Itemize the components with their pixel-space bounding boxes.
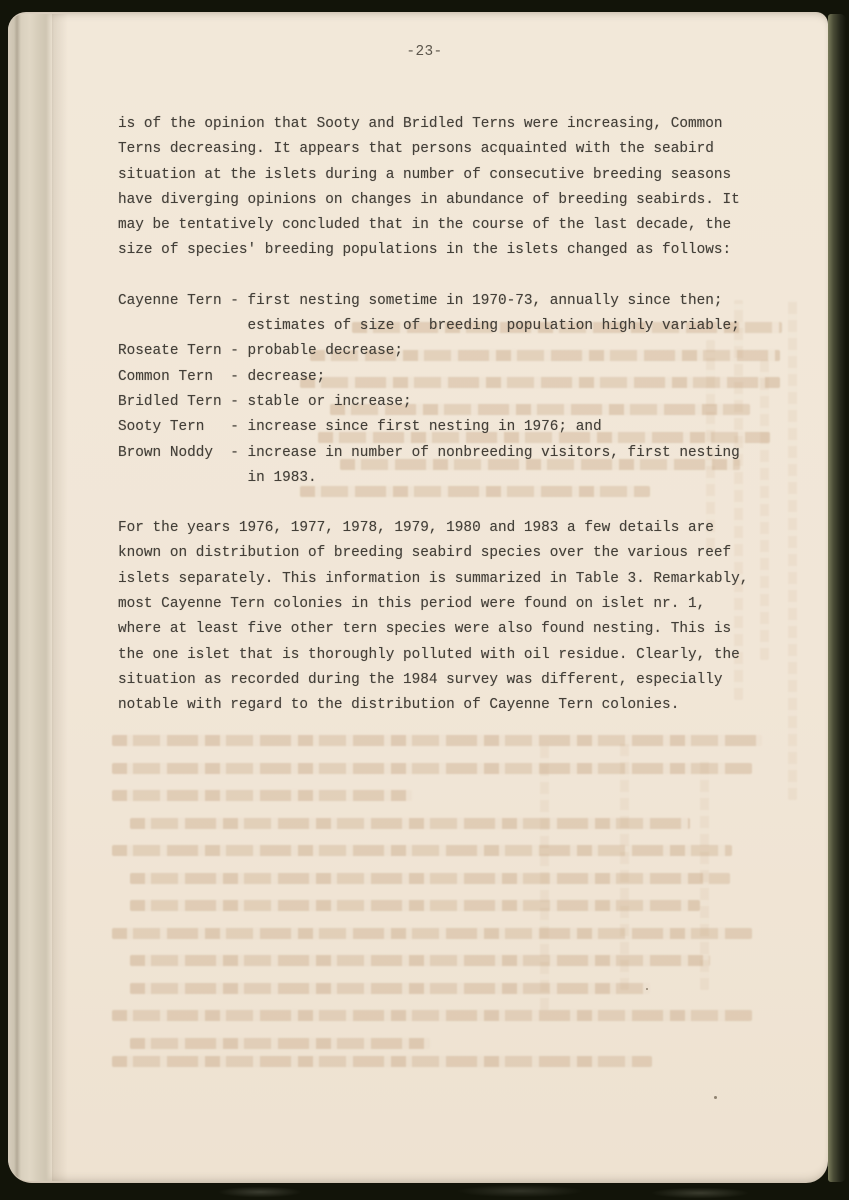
page-body: is of the opinion that Sooty and Bridled…	[118, 112, 778, 744]
scan-speck	[714, 1096, 717, 1099]
scan-bottom-band	[0, 1183, 849, 1200]
scan-background: { "document": { "page_number": "-23-", "…	[0, 0, 849, 1200]
scanned-page-photo: -23- is of the opinion that Sooty and Br…	[0, 0, 849, 1200]
page-stack-edge	[8, 14, 54, 1181]
book-edge-right	[828, 14, 846, 1182]
paragraph-distribution-details: For the years 1976, 1977, 1978, 1979, 19…	[118, 516, 778, 718]
species-change-list: Cayenne Tern - first nesting sometime in…	[118, 289, 778, 491]
page-number: -23-	[118, 40, 731, 65]
scan-speck	[646, 988, 648, 990]
paragraph-population-opinions: is of the opinion that Sooty and Bridled…	[118, 112, 778, 264]
page-curl-shadow	[52, 14, 68, 1181]
